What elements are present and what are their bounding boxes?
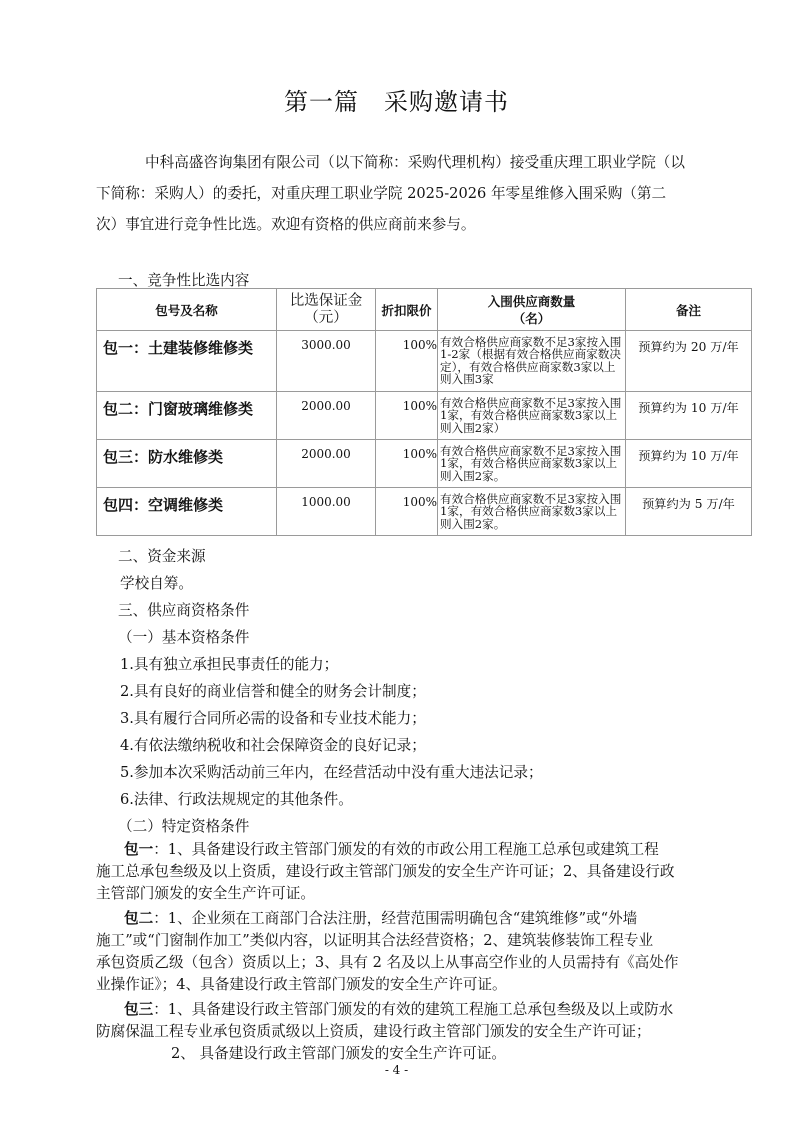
header-package: 包号及名称 [97,289,277,331]
table-row: 包一：土建装修维修类 3000.00 100% 有效合格供应商家数不足3家按入围… [97,331,752,392]
pkg2-text: ：1、企业须在工商部门合法注册，经营范围需明确包含“建筑维修”或“外墙 [153,910,637,927]
basic-item-1: 1.具有独立承担民事责任的能力； [120,653,338,674]
cell-package: 包一：土建装修维修类 [97,331,277,392]
section-heading-qualifications: 三、供应商资格条件 [118,599,249,620]
cell-supplier-count: 有效合格供应商家数不足3家按入围1-2家（根据有效合格供应商家数决定），有效合格… [438,331,626,392]
cell-discount: 100% [376,392,438,440]
specific-pkg2-line4: 业操作证》；4、具备建设行政主管部门颁发的安全生产许可证。 [96,973,507,994]
pkg3-text: ：1、具备建设行政主管部门颁发的有效的建筑工程施工总承包叁级及以上或防水 [153,1001,673,1018]
intro-line-1: 中科高盛咨询集团有限公司（以下简称：采购代理机构）接受重庆理工职业学院（以 [145,147,685,178]
cell-supplier-count: 有效合格供应商家数不足3家按入围1家，有效合格供应商家数3家以上则入围2家。 [438,488,626,536]
specific-pkg3-line3: 2、 具备建设行政主管部门颁发的安全生产许可证。 [171,1042,506,1063]
cell-note: 预算约为 20 万/年 [626,331,752,392]
pkg2-label: 包二 [124,910,153,927]
cell-package: 包四：空调维修类 [97,488,277,536]
table-row: 包四：空调维修类 1000.00 100% 有效合格供应商家数不足3家按入围1家… [97,488,752,536]
cell-note: 预算约为 5 万/年 [626,488,752,536]
section-heading-funding: 二、资金来源 [118,545,206,566]
cell-discount: 100% [376,331,438,392]
specific-pkg2-line1: 包二：1、企业须在工商部门合法注册，经营范围需明确包含“建筑维修”或“外墙 [124,907,637,928]
specific-pkg2-line3: 承包资质乙级（包含）资质以上；3、具有 2 名及以上从事高空作业的人员需持有《高… [96,951,678,972]
header-discount: 折扣限价 [376,289,438,331]
pkg1-label: 包一 [124,841,153,858]
cell-deposit: 2000.00 [277,440,376,488]
specific-pkg1-line3: 主管部门颁发的安全生产许可证。 [96,882,315,903]
pkg3-label: 包三 [124,1001,153,1018]
pkg1-text: ：1、具备建设行政主管部门颁发的有效的市政公用工程施工总承包或建筑工程 [153,841,658,858]
funding-text: 学校自筹。 [120,572,193,593]
cell-note: 预算约为 10 万/年 [626,392,752,440]
specific-pkg3-line2: 防腐保温工程专业承包资质贰级以上资质，建设行政主管部门颁发的安全生产许可证； [96,1020,651,1041]
specific-pkg1-line2: 施工总承包叁级及以上资质，建设行政主管部门颁发的安全生产许可证；2、具备建设行政 [96,860,674,881]
page-title: 第一篇 采购邀请书 [0,82,793,117]
cell-discount: 100% [376,440,438,488]
header-supplier-line1: 入围供应商数量 [438,293,625,310]
cell-deposit: 1000.00 [277,488,376,536]
intro-line-2: 下简称：采购人）的委托，对重庆理工职业学院 2025-2026 年零星维修入围采… [96,178,666,209]
header-deposit-line2: （元） [277,310,375,327]
basic-item-6: 6.法律、行政法规规定的其他条件。 [120,788,353,809]
basic-item-2: 2.具有良好的商业信誉和健全的财务会计制度； [120,680,426,701]
section-heading-content: 一、竞争性比选内容 [118,269,249,290]
header-deposit-line1: 比选保证金 [277,293,375,310]
header-deposit: 比选保证金 （元） [277,289,376,331]
header-note: 备注 [626,289,752,331]
basic-item-4: 4.有依法缴纳税收和社会保障资金的良好记录； [120,734,426,755]
table-row: 包三：防水维修类 2000.00 100% 有效合格供应商家数不足3家按入围1家… [97,440,752,488]
procurement-table: 包号及名称 比选保证金 （元） 折扣限价 入围供应商数量 （名） 备注 包一：土… [96,288,752,536]
cell-deposit: 2000.00 [277,392,376,440]
basic-item-5: 5.参加本次采购活动前三年内，在经营活动中没有重大违法记录； [120,761,543,782]
subsection-heading-basic: （一）基本资格条件 [118,626,249,647]
cell-discount: 100% [376,488,438,536]
subsection-heading-specific: （二）特定资格条件 [118,815,249,836]
page-number: - 4 - [0,1063,793,1077]
cell-deposit: 3000.00 [277,331,376,392]
header-supplier-count: 入围供应商数量 （名） [438,289,626,331]
intro-line-3: 次）事宜进行竞争性比选。欢迎有资格的供应商前来参与。 [96,209,475,240]
cell-supplier-count: 有效合格供应商家数不足3家按入围1家，有效合格供应商家数3家以上则入围2家。 [438,440,626,488]
basic-item-3: 3.具有履行合同所必需的设备和专业技术能力； [120,707,426,728]
specific-pkg3-line1: 包三：1、具备建设行政主管部门颁发的有效的建筑工程施工总承包叁级及以上或防水 [124,998,673,1019]
cell-supplier-count: 有效合格供应商家数不足3家按入围1家，有效合格供应商家数3家以上则入围2家） [438,392,626,440]
specific-pkg2-line2: 施工”或“门窗制作加工”类似内容，以证明其合法经营资格；2、建筑装修装饰工程专业 [96,929,653,950]
header-supplier-line2: （名） [438,310,625,327]
cell-note: 预算约为 10 万/年 [626,440,752,488]
table-header-row: 包号及名称 比选保证金 （元） 折扣限价 入围供应商数量 （名） 备注 [97,289,752,331]
cell-package: 包二：门窗玻璃维修类 [97,392,277,440]
table-row: 包二：门窗玻璃维修类 2000.00 100% 有效合格供应商家数不足3家按入围… [97,392,752,440]
specific-pkg1-line1: 包一：1、具备建设行政主管部门颁发的有效的市政公用工程施工总承包或建筑工程 [124,838,659,859]
cell-package: 包三：防水维修类 [97,440,277,488]
